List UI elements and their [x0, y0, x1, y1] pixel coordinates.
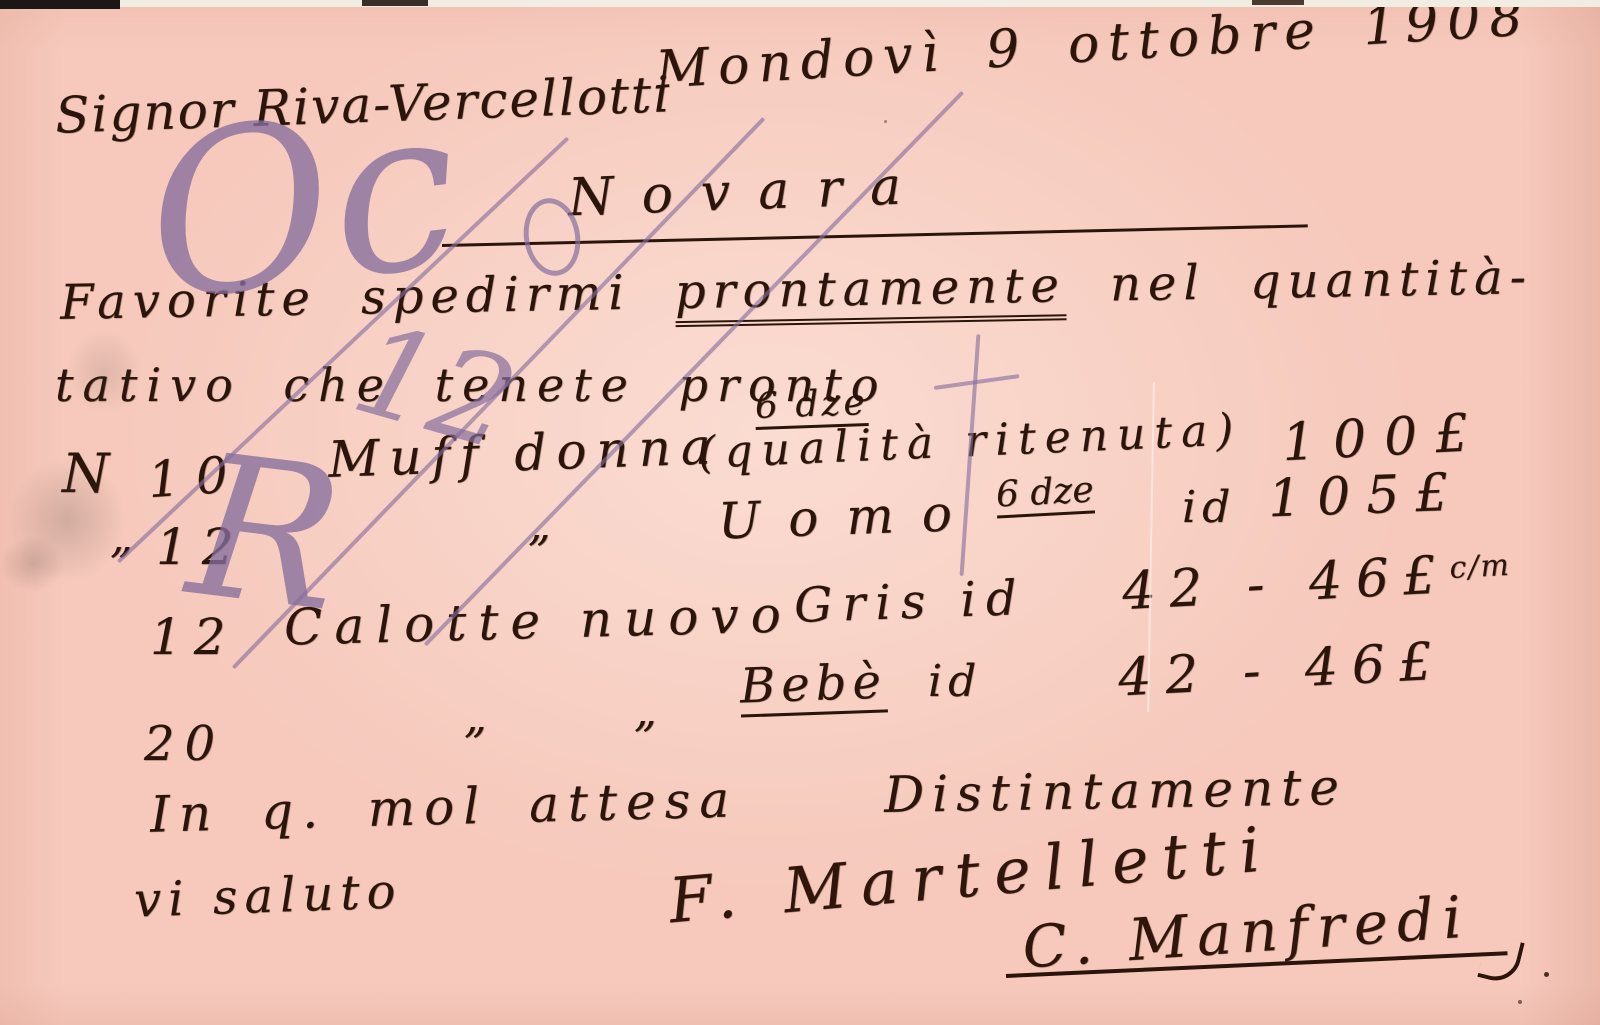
scan-top-edge	[0, 0, 1600, 7]
ink-speck	[884, 120, 887, 123]
ink-speck	[1518, 1000, 1522, 1004]
body-line-1-underlined-word: prontamente	[674, 257, 1066, 327]
item5-ditto-mark-2: „	[634, 686, 657, 737]
scan-edge-mark	[1252, 0, 1304, 5]
paper-smudge	[66, 330, 142, 414]
date-line: Mondovì 9 ottobre 1908	[654, 0, 1533, 101]
signature-underline-hook	[1477, 934, 1525, 986]
item3-description: Calotte nuovo	[283, 585, 793, 656]
item2-price: 105£	[1267, 463, 1465, 530]
item5-quantity: 20	[144, 716, 225, 772]
body-line-1-post: nel quantità-	[1065, 249, 1533, 313]
item4-idem-mark: id	[928, 656, 982, 707]
destination-city: Novara	[567, 156, 930, 229]
item2-description: Uomo	[717, 483, 981, 550]
item3-color-idem: Gris id	[793, 570, 1027, 634]
item3-price-value: 42 - 46£	[1121, 545, 1452, 622]
closing-salute: vi saluto	[133, 863, 403, 928]
closing-phrase: In q. mol attesa	[149, 770, 738, 843]
scan-edge-mark	[0, 0, 120, 9]
paper-smudge	[0, 536, 64, 592]
pencil-mark-oc: Oc	[136, 74, 470, 334]
item2-dozen-note: 6 dze	[995, 469, 1095, 518]
item2-idem-mark: id	[1182, 482, 1236, 533]
item4-price-range: 42 - 46£	[1117, 631, 1448, 708]
item4-description: Bebè	[739, 653, 888, 717]
item5-ditto-mark: „	[464, 692, 487, 743]
closing-distintamente: Distintamente	[884, 758, 1348, 824]
item3-price-range: 42 - 46£c/m	[1121, 542, 1513, 622]
pencil-mark-r: R	[181, 428, 351, 641]
item3-price-suffix: c/m	[1449, 548, 1512, 586]
ink-speck	[1544, 972, 1549, 977]
postcard-scan: Mondovì 9 ottobre 1908 Signor Riva-Verce…	[0, 0, 1600, 1025]
scan-edge-mark	[362, 0, 428, 6]
